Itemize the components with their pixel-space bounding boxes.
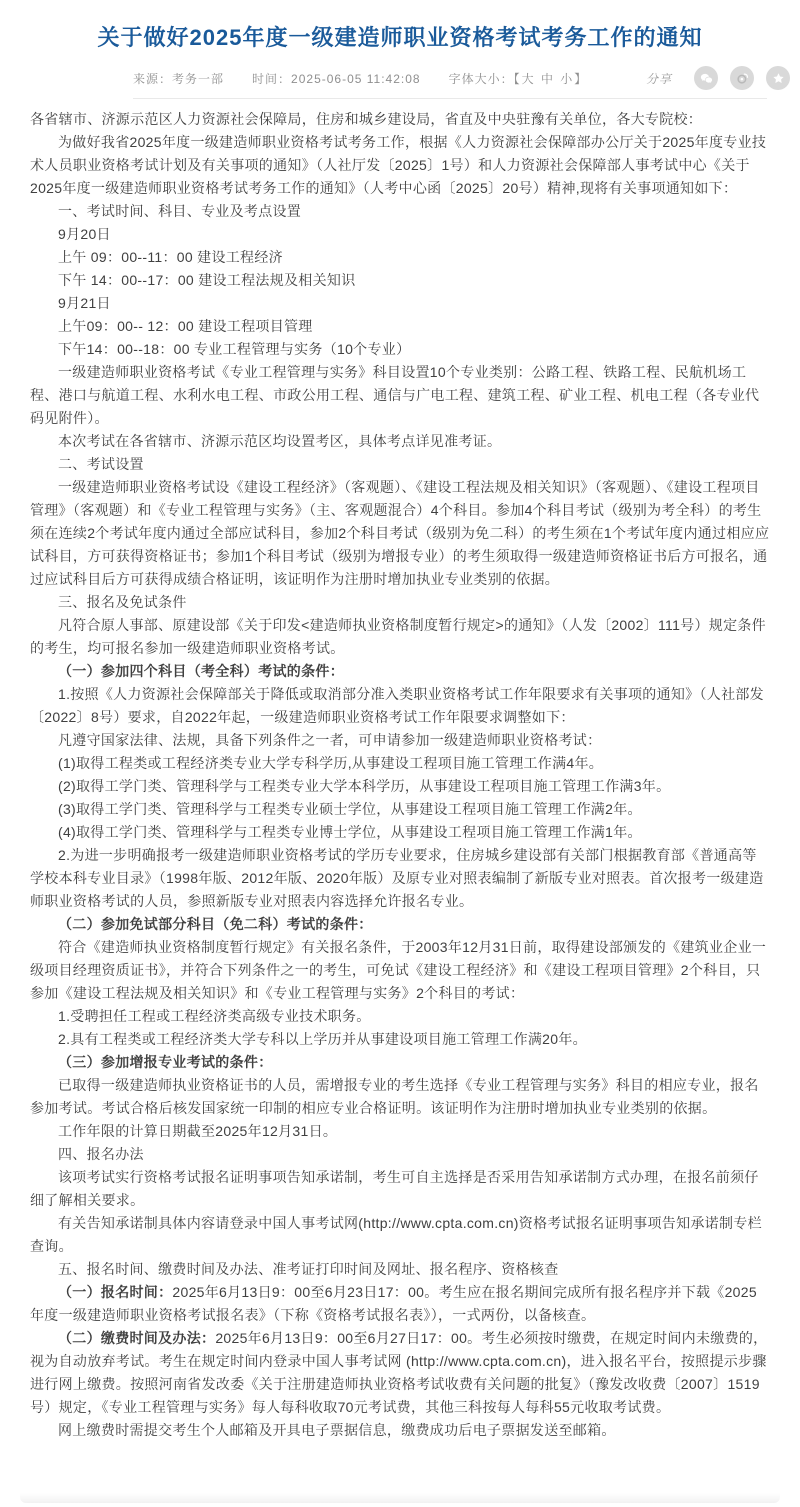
source-field: 来源：考务一部 [133,70,224,87]
time-value: 2025-06-05 11:42:08 [291,72,421,86]
paragraph: 上午09：00-- 12：00 建设工程项目管理 [30,315,770,338]
paragraph: 凡遵守国家法律、法规，具备下列条件之一者，可申请参加一级建造师职业资格考试： [30,729,770,752]
paragraph-label: （二）缴费时间及办法： [58,1330,215,1346]
salutation: 各省辖市、济源示范区人力资源社会保障局，住房和城乡建设局，省直及中央驻豫有关单位… [30,108,770,131]
paragraph: 9月20日 [30,223,770,246]
paragraph: 一级建造师职业资格考试《专业工程管理与实务》科目设置10个专业类别：公路工程、铁… [30,361,770,430]
sub-heading: （三）参加增报专业考试的条件： [30,1051,770,1074]
source-label: 来源： [133,72,172,86]
paragraph: 网上缴费时需提交考生个人邮箱及开具电子票据信息，缴费成功后电子票据发送至邮箱。 [30,1419,770,1442]
source-value: 考务一部 [172,72,224,86]
wechat-share-icon[interactable] [694,66,718,90]
paragraph: 1.按照《人力资源社会保障部关于降低或取消部分准入类职业资格考试工作年限要求有关… [30,683,770,729]
paragraph: (1)取得工程类或工程经济类专业大学专科学历,从事建设工程项目施工管理工作满4年… [30,752,770,775]
paragraph: 已取得一级建造师执业资格证书的人员，需增报专业的考生选择《专业工程管理与实务》科… [30,1074,770,1120]
paragraph: 为做好我省2025年度一级建造师职业资格考试考务工作，根据《人力资源社会保障部办… [30,131,770,200]
paragraph: 下午14：00--18：00 专业工程管理与实务（10个专业） [30,338,770,361]
paragraph: (2)取得工学门类、管理科学与工程类专业大学本科学历，从事建设工程项目施工管理工… [30,775,770,798]
paragraph: 符合《建造师执业资格制度暂行规定》有关报名条件，于2003年12月31日前，取得… [30,936,770,1005]
article-header: 关于做好2025年度一级建造师职业资格考试考务工作的通知 来源：考务一部 时间：… [0,0,800,99]
article-body: 各省辖市、济源示范区人力资源社会保障局，住房和城乡建设局，省直及中央驻豫有关单位… [0,99,800,1442]
paragraph: 2.为进一步明确报考一级建造师职业资格考试的学历专业要求，住房城乡建设部有关部门… [30,844,770,913]
fontsize-field: 字体大小：【大 中 小】 [449,70,589,87]
paragraph: 有关告知承诺制具体内容请登录中国人事考试网(http://www.cpta.co… [30,1212,770,1258]
paragraph: （一）报名时间：2025年6月13日9：00至6月23日17：00。考生应在报名… [30,1281,770,1327]
paragraph: 该项考试实行资格考试报名证明事项告知承诺制，考生可自主选择是否采用告知承诺制方式… [30,1166,770,1212]
fontsize-label: 字体大小： [449,72,514,86]
paragraph: 二、考试设置 [30,453,770,476]
paragraph-label: （一）报名时间： [58,1284,172,1300]
paragraph: 一、考试时间、科目、专业及考点设置 [30,200,770,223]
paragraph: 一级建造师职业资格考试设《建设工程经济》（客观题）、《建设工程法规及相关知识》（… [30,476,770,591]
page-bottom-shadow [20,1493,780,1503]
paragraph: 1.受聘担任工程或工程经济类高级专业技术职务。 [30,1005,770,1028]
paragraph: 四、报名办法 [30,1143,770,1166]
share-bar: 分享 [646,66,790,90]
time-field: 时间：2025-06-05 11:42:08 [252,70,421,87]
paragraph: (4)取得工学门类、管理科学与工程类专业博士学位，从事建设工程项目施工管理工作满… [30,821,770,844]
paragraph: 凡符合原人事部、原建设部《关于印发<建造师执业资格制度暂行规定>的通知》（人发〔… [30,614,770,660]
paragraph: 三、报名及免试条件 [30,591,770,614]
sub-heading: （一）参加四个科目（考全科）考试的条件： [30,660,770,683]
paragraph: 五、报名时间、缴费时间及办法、准考证打印时间及网址、报名程序、资格核查 [30,1258,770,1281]
paragraph: 9月21日 [30,292,770,315]
paragraph: 工作年限的计算日期截至2025年12月31日。 [30,1120,770,1143]
weibo-share-icon[interactable] [730,66,754,90]
page-title: 关于做好2025年度一级建造师职业资格考试考务工作的通知 [45,22,755,54]
paragraph: （二）缴费时间及办法：2025年6月13日9：00至6月27日17：00。考生必… [30,1327,770,1419]
paragraph: 下午 14：00--17：00 建设工程法规及相关知识 [30,269,770,292]
sub-heading: （二）参加免试部分科目（免二科）考试的条件： [30,913,770,936]
share-label: 分享 [646,70,672,87]
paragraph: 2.具有工程类或工程经济类大学专科以上学历并从事建设项目施工管理工作满20年。 [30,1028,770,1051]
meta-info: 来源：考务一部 时间：2025-06-05 11:42:08 字体大小：【大 中… [133,70,616,87]
time-label: 时间： [252,72,291,86]
paragraph: 上午 09：00--11：00 建设工程经济 [30,246,770,269]
meta-bar: 来源：考务一部 时间：2025-06-05 11:42:08 字体大小：【大 中… [133,64,790,92]
paragraph: (3)取得工学门类、管理科学与工程类专业硕士学位，从事建设工程项目施工管理工作满… [30,798,770,821]
notice-page: 关于做好2025年度一级建造师职业资格考试考务工作的通知 来源：考务一部 时间：… [0,0,800,1507]
paragraph: 本次考试在各省辖市、济源示范区均设置考区，具体考点详见准考证。 [30,430,770,453]
fontsize-controls[interactable]: 【大 中 小】 [514,72,589,86]
qzone-share-icon[interactable] [766,66,790,90]
